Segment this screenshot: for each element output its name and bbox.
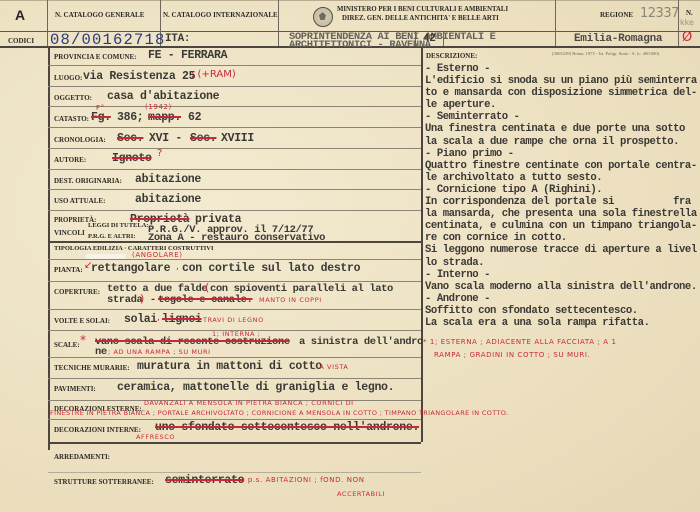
coperture-struck: tegole e canale. [158,294,252,306]
cronologia-from: XVI - [149,132,182,145]
vrule-regione [555,0,556,46]
n-label: N. [686,9,693,17]
tecniche-annotation: , A VISTA [314,363,348,371]
soprintendenza-code: 42 [423,33,436,45]
dest-originaria-label: DEST. ORIGINARIA: [54,177,122,185]
volte-comma: , [157,313,160,323]
uso-attuale-label: USO ATTUALE: [54,197,105,205]
provincia-label: PROVINCIA E COMUNE: [54,53,136,61]
row-sep [48,442,421,444]
descrizione-label: DESCRIZIONE: [426,52,477,60]
ministry-line2: DIREZ. GEN. DELLE ANTICHITA' E BELLE ART… [342,15,499,22]
descrizione-line: - Cornicione tipo A (Righini). [425,184,697,196]
catasto-struck-fg: Fg. [91,111,111,124]
row-sep [48,378,421,379]
row-sep [48,148,421,149]
prg-label: P.R.G. E ALTRI: [88,233,135,240]
coperture-label: COPERTURE: [54,288,100,296]
strutture-struck: seminterrato [165,474,244,487]
regione-label: REGIONE [600,11,633,19]
descrizione-line: to e mansarda con disposizione simmetric… [425,87,697,99]
n-value: Ø [682,30,692,45]
uso-attuale-value: abitazione [135,193,201,206]
descrizione-line: le archivoltato a tutto sesto. [425,172,697,184]
cat-internazionale-value: ITA: [165,33,190,45]
descrizione-line: - Interno - [425,269,697,281]
decorazioni-esterne-line2: FINESTRE IN PIETRA BIANCA ; PORTALE ARCH… [50,409,508,417]
provincia-value: FE - FERRARA [148,49,227,62]
printer-note: (3605239) Roma, 1975 - Ist. Poligr. Stat… [552,51,659,56]
catasto-mappale: 62 [188,111,201,124]
strutture-annotation1: 1 p.s. ABITAZIONI ; fOND. NON [240,476,365,484]
top-edge [0,0,700,1]
volte-annotation: TRAVI DI LEGNO [203,316,264,324]
republic-emblem-icon [313,7,333,27]
regione-value: Emilia-Romagna [574,33,662,45]
row-sep [48,419,421,420]
pianta-value: rettangolare [91,262,170,275]
coperture-annotation: MANTO IN COPPI [259,296,322,304]
row-sep [48,169,421,170]
tipologia-annotation: (ANGOLARE) [132,251,183,259]
descrizione-line: - Seminterrato - [425,111,697,123]
tecniche-label: TECNICHE MURARIE: [54,364,130,372]
row-sep [48,259,421,260]
column-divider [421,46,423,442]
descrizione-line: - Androne - [425,293,697,305]
cat-internazionale-label: N. CATALOGO INTERNAZIONALE [163,11,278,19]
row-sep [48,127,421,128]
row-sep [48,281,421,282]
soprintendenza-line2: ARCHITETTONICI - RAVENNA [289,40,431,50]
prg-line2: Zona A - restauro conservativo [148,234,325,243]
descrizione-line: Una finestra centinata e due porte una s… [425,123,697,135]
catasto-foglio: 386; [117,111,143,124]
arredamenti-label: ARREDAMENTI: [54,453,110,461]
descrizione-line: re con cornice in cotto. [425,232,697,244]
catasto-label: CATASTO: [54,115,89,123]
strutture-annotation2: ACCERTABILI [337,490,385,498]
descrizione-line: In corrispondenza del portale si fra [425,196,697,208]
descrizione-line: la mansarda, che presenta una sola fines… [425,208,697,220]
descrizione-text: - Esterno -L'edificio si snoda su un pia… [425,63,697,329]
pianta-value2: con cortile sul lato destro [182,262,360,275]
cronologia-to: XVIII [221,132,254,145]
decorazioni-interne-struck: uno sfondato settecentesco nell'androne. [155,421,419,434]
row-sep [48,86,421,87]
row-sep [48,309,421,310]
cat-generale-value: 08/00162718 [50,31,166,49]
scale-struck: vano scala di recente costruzione [95,336,290,348]
autore-annotation: ? [157,148,162,159]
descrizione-line: Si leggono numerose tracce di aperture a… [425,244,697,256]
cronologia-struck1: Sec. [117,132,143,145]
scale-label: SCALE: [54,341,80,349]
descrizione-line: - Esterno - [425,63,697,75]
volte-label: VOLTE e SOLAI: [54,317,110,325]
descrizione-line: la scala a due rampe che orna il prospet… [425,136,697,148]
tecniche-value: muratura in mattoni di cotto [137,360,322,373]
scale-asterisk: * [80,333,86,347]
vincoli-label: VINCOLI [54,229,85,237]
cronologia-struck2: Sec. [190,132,216,145]
ministry-line1: MINISTERO PER I BENI CULTURALI E AMBIENT… [337,6,508,13]
descrizione-line: lo strada. [425,257,697,269]
autore-label: AUTORE: [54,156,86,164]
descrizione-line: Quattro finestre centinate con portale c… [425,160,697,172]
codici-label: CODICI [8,37,34,45]
pianta-comma: , [176,262,179,272]
catasto-year-annotation: (1942) [145,103,172,111]
autore-struck: Ignoto [112,152,152,165]
oggetto-value: casa d'abitazione [107,90,219,103]
regione-handwritten: 12337 [640,6,679,21]
coperture-paren-open: ( [205,281,209,294]
row-sep [48,472,421,473]
form-letter: A [15,7,25,23]
luogo-annotation: ; (+RAM) [191,69,236,80]
scale-annotation: ; AD UNA RAMPA ; SU MURI [108,348,211,356]
vrule-catint [278,0,279,46]
catasto-fo-annotation: F° [96,104,105,112]
leggi-tutela-label: LEGGI DI TUTELA: [88,222,149,229]
cronologia-label: CRONOLOGIA: [54,136,106,144]
correction-whiteout [86,254,126,259]
pavimenti-label: PAVIMENTI: [54,385,96,393]
coperture-line2: strada [107,294,142,306]
decorazioni-interne-label: DECORAZIONI INTERNE: [54,426,141,434]
pavimenti-value: ceramica, mattonelle di graniglia e legn… [117,381,394,394]
descrizione-line: - Piano primo - [425,148,697,160]
decorazioni-interne-annotation: AFFRESCO [136,433,175,441]
oggetto-label: OGGETTO: [54,94,92,102]
pianta-label: PIANTA: [54,266,83,274]
row-sep [48,210,421,211]
descrizione-line: Soffitto con sfondato settecentesco. [425,305,697,317]
luogo-label: LUOGO: [54,74,82,82]
descrizione-line: La scala era a una sola rampa rifatta. [425,317,697,329]
catasto-struck-mapp: mapp. [148,111,181,124]
cat-generale-label: N. CATALOGO GENERALE [55,11,144,19]
descrizione-line: le aperture. [425,99,697,111]
row-sep [48,65,421,66]
scale-value: a sinistra dell'andro [299,336,423,348]
scale-line2: ne [95,346,107,358]
descrizione-line: Vano scala moderno alla sinistra dell'an… [425,281,697,293]
n-handwritten: kke [680,18,694,27]
volte-struck: lignei [162,313,202,326]
vrule-a [47,0,48,46]
volte-value: solai [124,313,157,326]
descrizione-line: L'edificio si snoda su un piano più semi… [425,75,697,87]
strutture-label: STRUTTURE SOTTERRANEE: [54,478,154,486]
decorazioni-esterne-line1: DAVANZALI A MENSOLA IN PIETRA BIANCA ; C… [144,399,354,407]
row-sep [48,189,421,190]
scale-note-line1: * 1; ESTERNA ; ADIACENTE ALLA FACCIATA ;… [423,338,617,346]
luogo-value: via Resistenza 25 [83,70,195,83]
dest-originaria-value: abitazione [135,173,201,186]
descrizione-line: centinata, e culmina con un timpano tria… [425,220,697,232]
scale-note-line2: RAMPA ; GRADINI IN COTTO ; SU MURI. [434,351,590,359]
